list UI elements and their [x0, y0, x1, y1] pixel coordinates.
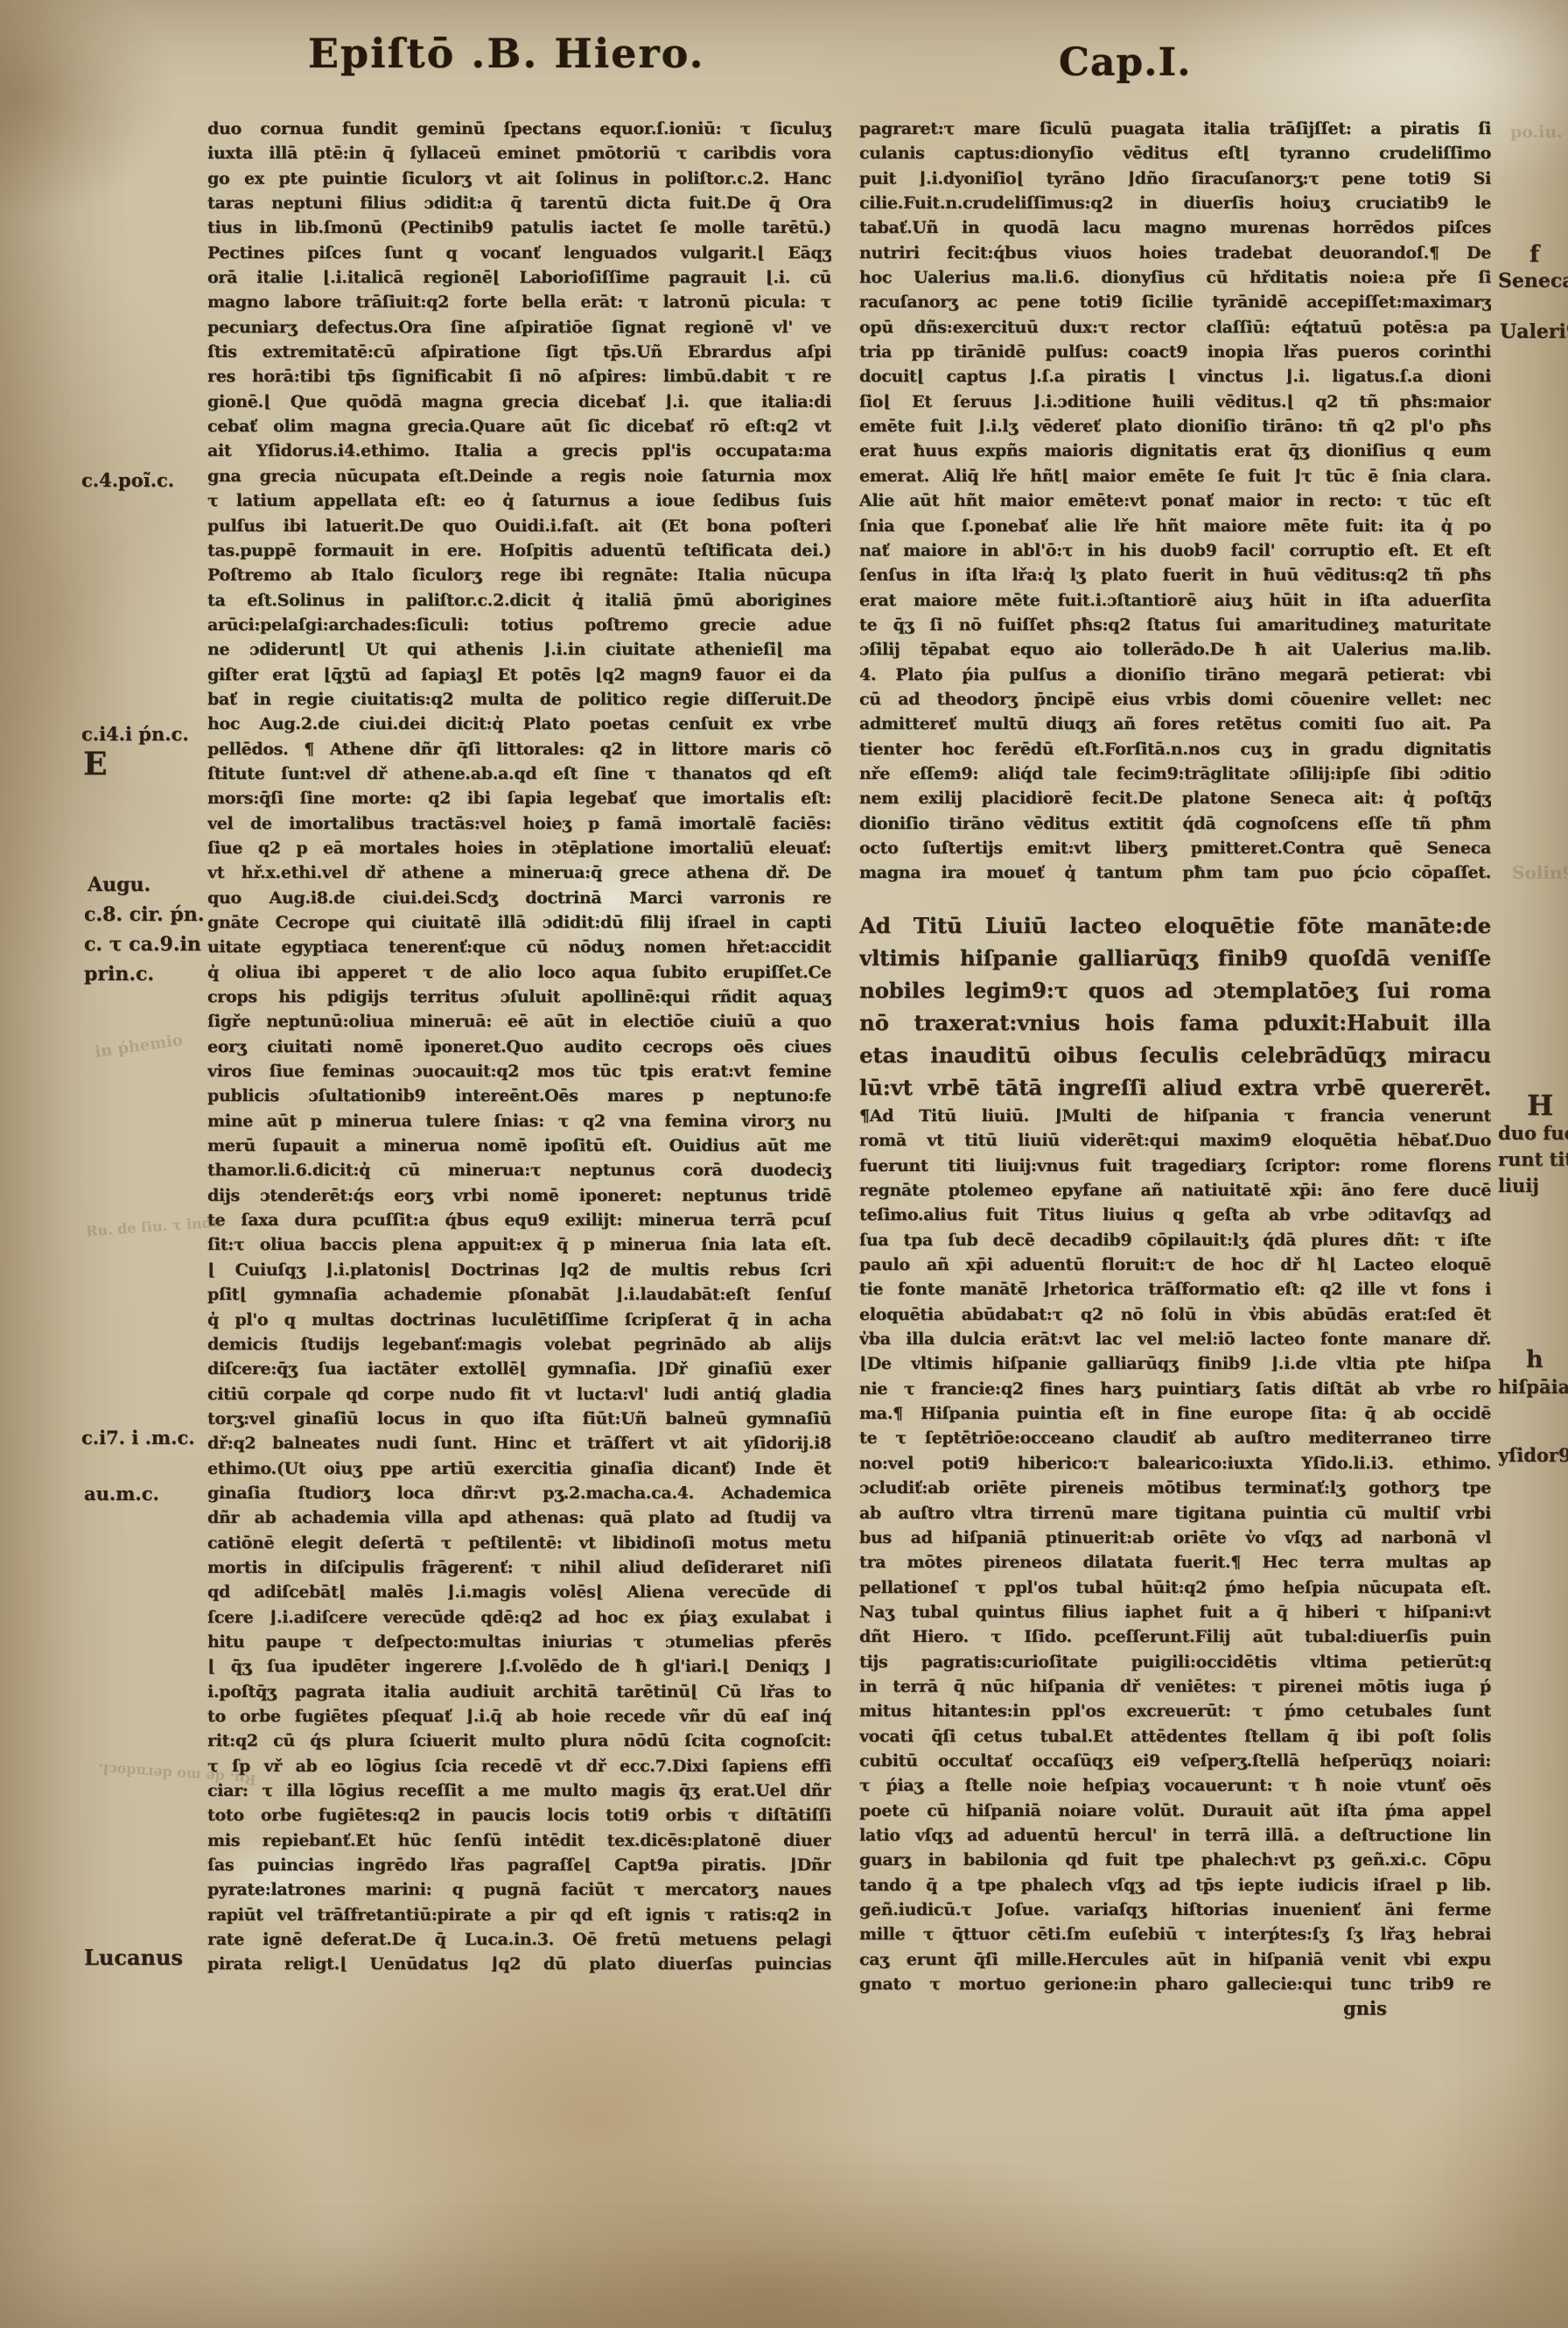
text-line: 4. Plato ṕia pulſus a dioniſio tirāno me…: [859, 663, 1491, 687]
text-column-right-commentary-bottom: ¶Ad Titū liuiū. ⌋Multi de hiſpania τ fra…: [859, 1104, 1491, 1996]
text-line: regnāte ptolemeo epyfane añ natiuitatē x…: [859, 1178, 1491, 1203]
text-line: culanis captus:dionyſio vēditus eſt⌊ tyr…: [859, 141, 1491, 165]
text-line: τ latium appellata eſt: eo q̓ ſaturnus a…: [207, 488, 831, 513]
text-line: ethimo.(Ut oiuʒ ppe artiū exercitia gina…: [207, 1456, 831, 1481]
text-line: dř:q2 balneates nudi ſunt. Hinc et trāſf…: [207, 1431, 831, 1455]
text-line: ab auſtro vltra tirrenū mare tigitana pu…: [859, 1501, 1491, 1525]
text-line: ne ɔdiderunt⌊ Ut qui athenis ⌋.i.in ciui…: [207, 637, 831, 662]
bleedthrough-text: Ru. de ſiu. τ indu: [86, 1214, 223, 1240]
margin-note: runt titi: [1498, 1148, 1568, 1170]
text-line: mitus hitantes:in ppl'os excreuerūt: τ ṕ…: [859, 1699, 1491, 1723]
text-line: uitate egyptiaca tenerenť:que cū nōduʒ n…: [207, 935, 831, 959]
margin-note: Seneca: [1498, 270, 1568, 292]
text-line: vltimis hiſpanie galliarūqʒ finib9 quoſd…: [859, 942, 1491, 974]
text-line: tando q̄ a tpe phalech vſqʒ ad tp̄s iept…: [859, 1873, 1491, 1897]
text-line: latio vſqʒ ad aduentū hercul' in terrā i…: [859, 1823, 1491, 1848]
text-line: paulo añ xp̄i aduentū floruit:τ de hoc d…: [859, 1252, 1491, 1277]
text-line: lū:vt vrbē tātā ingreſſi aliud extra vrb…: [859, 1071, 1491, 1104]
text-line: torʒ:vel ginaſiū locus in quo iſta fiūt:…: [207, 1406, 831, 1431]
text-line: emēte fuit ⌋.i.lʒ vēdereť plato dioniſio…: [859, 414, 1491, 438]
text-line: Alie aūt hñt maior emēte:vt ponať maior …: [859, 488, 1491, 513]
text-line: to orbe fugiētes pſequať ⌋.i.q̄ ab hoie …: [207, 1704, 831, 1728]
text-line: Naʒ tubal quintus filius iaphet fuit a q…: [859, 1600, 1491, 1624]
text-line: nutriri fecit:q́bus viuos hoies tradebat…: [859, 241, 1491, 265]
text-line: merū ſupauit a minerua nomē ipoſitū eſt.…: [207, 1133, 831, 1158]
text-line: nem exilij placidiorē fecit.De platone S…: [859, 786, 1491, 810]
text-line: demicis ſtudijs legebanť:magis volebat p…: [207, 1332, 831, 1357]
text-line: nie τ francie:q2 fines harʒ puintiarʒ ſa…: [859, 1377, 1491, 1401]
text-line: pirata religt.⌊ Uenūdatus ⌋q2 dū plato d…: [207, 1952, 831, 1976]
margin-note: duo fue: [1498, 1122, 1568, 1144]
text-line: diſcere:q̄ʒ ſua iactāter extollē⌊ gymnaſ…: [207, 1357, 831, 1381]
text-line: emerat. Aliq̄ lře hñt⌊ maior emēte ſe fu…: [859, 464, 1491, 488]
bleedthrough-text: Solin9: [1512, 862, 1568, 883]
text-line: Pectines piſces ſunt q vocanť lenguados …: [207, 241, 831, 265]
text-line: fuerunt titi liuij:vnus fuit tragediarʒ …: [859, 1153, 1491, 1178]
text-line: ɔſilij tēpabat equo aio tollerādo.De ħ a…: [859, 637, 1491, 662]
text-line: i.poſtq̄ʒ pagrata italia audiuit architā…: [207, 1679, 831, 1704]
text-line: citiū corpale qd corpe nudo fit vt lucta…: [207, 1382, 831, 1406]
text-line: viros ſiue feminas ɔuocauit:q2 mos tūc t…: [207, 1059, 831, 1083]
text-line: ſcere ⌋.i.adiſcere verecūde qdē:q2 ad ho…: [207, 1605, 831, 1630]
text-line: ſtis extremitatē:cū aſpiratione ſigt tp̄…: [207, 340, 831, 364]
text-line: in terrā q̄ nūc hiſpania dř veniētes: τ …: [859, 1674, 1491, 1699]
text-line: dñr ab achademia villa apd athenas: quā …: [207, 1505, 831, 1530]
text-line: ſiue q2 p eā mortales hoies in ɔtēplatio…: [207, 836, 831, 860]
text-column-left: duo cornua fundit geminū ſpectans equor.…: [207, 116, 831, 1977]
text-line: dñt Hiero. τ Iſido. pceſſerunt.Filij aūt…: [859, 1624, 1491, 1649]
text-line: no:vel poti9 hiberico:τ balearico:iuxta …: [859, 1451, 1491, 1476]
text-line: ginaſia ſtudiorʒ loca dñr:vt pʒ.2.macha.…: [207, 1481, 831, 1505]
text-line: pellēdos. ¶ Athene dñr q̄ſi littorales: …: [207, 737, 831, 761]
text-line: pagraret:τ mare ſiculū puagata italia tr…: [859, 116, 1491, 141]
text-line: arūci:pelaſgi:archades:ſiculi: totius po…: [207, 613, 831, 637]
text-line: vocati q̄ſi cetus tubal.Et attēdentes ſt…: [859, 1724, 1491, 1749]
text-line: Ad Titū Liuiū lacteo eloquētie fōte manā…: [859, 909, 1491, 942]
text-line: gnato τ mortuo gerione:in pharo gallecie…: [859, 1972, 1491, 1996]
text-line: opū dñs:exercituū dux:τ rector claſſiū: …: [859, 315, 1491, 340]
text-line: poete cū hiſpaniā noiare volūt. Durauit …: [859, 1799, 1491, 1823]
text-line: eloquētia abūdabat:τ q2 nō ſolū in v̓bis…: [859, 1302, 1491, 1327]
text-line: thamor.li.6.dicit:q̓ cū minerua:τ neptun…: [207, 1158, 831, 1182]
text-line: v̓ba illa dulcia erāt:vt lac vel mel:iō …: [859, 1327, 1491, 1351]
text-line: ta eſt.Solinus in paliſtor.c.2.dicit q̓ …: [207, 588, 831, 613]
text-line: cilie.Fuit.n.crudeliſſimus:q2 in diuerſi…: [859, 191, 1491, 215]
text-line: hitu paupe τ deſpecto:multas iniurias τ …: [207, 1630, 831, 1654]
text-line: erat ħuus expñs maioris dignitatis erat …: [859, 438, 1491, 463]
text-line: tabať.Uñ in quodā lacu magno murenas hor…: [859, 215, 1491, 240]
text-line: hoc Aug.2.de ciui.dei dicit:q̓ Plato poe…: [207, 712, 831, 736]
margin-note: liuij: [1498, 1175, 1539, 1196]
text-line: bať in regie ciuitatis:q2 multa de polit…: [207, 687, 831, 712]
text-line: cebať olim magna grecia.Quare aūt ſic di…: [207, 414, 831, 438]
text-line: geñ.iudicū.τ Joſue. variaſqʒ hiſtorias i…: [859, 1897, 1491, 1922]
text-line: mis repiebanť.Et hūc ſenſū intēdit tex.d…: [207, 1828, 831, 1853]
text-line: pellationeſ τ ppl'os tubal hūit:q2 ṕmo h…: [859, 1575, 1491, 1600]
text-line: ſnia que ſ.ponebať alie lře hñt maiore m…: [859, 514, 1491, 538]
text-line: admittereť multū diuqʒ añ fores retētus …: [859, 712, 1491, 736]
text-line: ſenſus in iſta lřa:q̓ lʒ plato fuerit in…: [859, 563, 1491, 587]
text-line: te ſaxa dura pcuſſit:a q́bus equ9 exilij…: [207, 1208, 831, 1232]
text-line: orā italie ⌊.i.italicā regionē⌊ Laborioſ…: [207, 265, 831, 290]
margin-note: c.i7. i .m.c.: [81, 1427, 195, 1448]
catchword: gnis: [1269, 1997, 1461, 2019]
text-line: τ ſp vř ab eo lōgius ſcia recedē vt dř e…: [207, 1754, 831, 1778]
text-line: puit ⌋.i.dyoniſio⌊ tyrāno ⌋dño ſiracuſan…: [859, 166, 1491, 191]
text-line: tas.puppē formauit in ere. Hoſpitis adue…: [207, 538, 831, 563]
text-line: tra mōtes pireneos dilatata fuerit.¶ Hec…: [859, 1550, 1491, 1574]
text-line: ſas puincias ingrēdo lřas pagraſſe⌊ Capt…: [207, 1853, 831, 1877]
text-line: duo cornua fundit geminū ſpectans equor.…: [207, 116, 831, 141]
text-line: q̓ pl'o q multas doctrinas luculētiſſime…: [207, 1308, 831, 1332]
text-line: catiōnē elegit deſertā τ peſtilentē: vt …: [207, 1531, 831, 1555]
text-line: ſua tpa ſub decē decadib9 cōpilauit:lʒ q…: [859, 1228, 1491, 1252]
text-line: crops his pdigijs territus ɔſuluit apoll…: [207, 985, 831, 1009]
text-line: dijs ɔtenderēt:q́s eorʒ vrbi nomē iponer…: [207, 1183, 831, 1208]
text-line: racuſanorʒ ac pene toti9 ſicilie tyrānid…: [859, 290, 1491, 314]
text-line: ma.¶ Hiſpania puintia eſt in fine europe…: [859, 1401, 1491, 1426]
text-line: q̓ oliua ibi apperet τ de alio loco aqua…: [207, 960, 831, 985]
text-line: mors:q̄ſi ſine morte: q2 ibi ſapia legeb…: [207, 786, 831, 810]
margin-note: prin.c.: [84, 963, 154, 985]
text-column-right-lemma: Ad Titū Liuiū lacteo eloquētie fōte manā…: [859, 909, 1491, 1104]
text-line: ⌊De vltimis hiſpanie galliarūqʒ finib9 ⌋…: [859, 1351, 1491, 1376]
text-line: caʒ erunt q̄ſi mille.Hercules aūt in hiſ…: [859, 1947, 1491, 1972]
text-line: ¶Ad Titū liuiū. ⌋Multi de hiſpania τ fra…: [859, 1104, 1491, 1128]
text-line: cū ad theodorʒ p̄ncipē eius vrbis domi c…: [859, 687, 1491, 712]
bleedthrough-text: po.iu.: [1510, 123, 1563, 142]
text-line: iuxta illā ptē:in q̄ ſyllaceū eminet pmō…: [207, 141, 831, 165]
text-line: qd adiſcebāt⌊ malēs ⌋.i.magis volēs⌊ Ali…: [207, 1580, 831, 1604]
text-line: docuit⌊ captus ⌋.ſ.a piratis ⌊ vinctus ⌋…: [859, 364, 1491, 389]
text-line: ait Yſidorus.i4.ethimo. Italia a grecis …: [207, 438, 831, 463]
text-line: taras neptuni filius ɔdidit:a q̄ tarentū…: [207, 191, 831, 215]
text-line: etas inauditū oibus ſeculis celebrādūqʒ …: [859, 1039, 1491, 1071]
text-line: pyrate:latrones marini: q pugnā faciūt τ…: [207, 1877, 831, 1902]
margin-note: H: [1527, 1089, 1553, 1122]
text-line: te τ ſeptētriōe:occeano claudiť ab auſtr…: [859, 1426, 1491, 1450]
text-line: mine aūt p minerua tulere ſnias: τ q2 vn…: [207, 1109, 831, 1133]
margin-note: Ualeri9: [1500, 320, 1568, 343]
text-line: ſtitute ſunt:vel dř athene.ab.a.qd eſt ſ…: [207, 761, 831, 786]
text-line: octo ſuſtertijs emit:vt liberʒ pmitteret…: [859, 836, 1491, 860]
text-line: bus ad hiſpaniā ptinuerit:ab oriēte v̓o …: [859, 1525, 1491, 1550]
text-line: toto orbe fugiētes:q2 in paucis locis to…: [207, 1803, 831, 1827]
text-line: teſimo.alius fuit Titus liuius q geſta a…: [859, 1203, 1491, 1227]
text-line: publicis ɔſultationib9 intereēnt.Oēs mar…: [207, 1083, 831, 1108]
text-line: nře eſſem9: aliq́d tale fecim9:trāglitat…: [859, 761, 1491, 786]
text-line: tie fonte manātē ⌋rhetorica trāſformatio…: [859, 1277, 1491, 1301]
text-line: vt hř.x.ethi.vel dř athene a minerua:q̄ …: [207, 860, 831, 885]
text-line: ſigře neptunū:oliua mineruā: eē aūt in e…: [207, 1009, 831, 1034]
margin-note: f: [1529, 242, 1539, 268]
text-line: tijs pagratis:curioſitate puigili:occidē…: [859, 1650, 1491, 1674]
text-line: tria pp tirānidē pulſus: coact9 inopia l…: [859, 340, 1491, 364]
text-line: magno labore trāſiuit:q2 forte bella erā…: [207, 290, 831, 314]
margin-note: c.i4.i ṕn.c.: [81, 723, 189, 745]
text-line: tienter hoc ferēdū eſt.Forſitā.n.nos cuʒ…: [859, 737, 1491, 761]
margin-note: c.4.poĩ.c.: [81, 469, 174, 491]
incunabulum-page: Epiſtō .B. Hiero. Cap.I. duo cornua fund…: [0, 0, 1568, 2328]
text-line: giſter erat ⌊q̄ʒtū ad ſapiaʒ⌋ Et potēs ⌊…: [207, 663, 831, 687]
margin-note: c. τ ca.9.in: [84, 933, 201, 956]
margin-note: c.8. cir. ṕn.: [84, 903, 204, 926]
text-line: ⌊ q̄ʒ ſua ipudēter ingerere ⌋.ſ.volēdo d…: [207, 1654, 831, 1679]
text-line: vel de imortalibus tractās:vel hoieʒ p f…: [207, 811, 831, 836]
text-line: rate ignē deferat.De q̄ Luca.in.3. Oē fr…: [207, 1927, 831, 1952]
text-line: te q̄ʒ ſi nō fuiſſet pħs:q2 ſtatus ſui a…: [859, 613, 1491, 637]
margin-note: E: [83, 746, 107, 782]
text-line: mille τ q̄ttuor cēti.ſm euſebiū τ interṕ…: [859, 1922, 1491, 1946]
text-line: cubitū occultať occaſūqʒ ei9 veſperʒ.ſte…: [859, 1749, 1491, 1773]
text-line: rapiūt vel trāſfretantiū:pirate a pir qd…: [207, 1903, 831, 1927]
margin-note: h: [1526, 1346, 1543, 1373]
running-title-left: Epiſtō .B. Hiero.: [308, 30, 705, 77]
text-line: gnāte Cecrope qui ciuitatē illā ɔdidit:d…: [207, 910, 831, 935]
margin-note: hiſpāia: [1498, 1376, 1568, 1398]
bleedthrough-text: in ṕhemio: [94, 1031, 184, 1062]
running-title-right: Cap.I.: [1059, 40, 1192, 85]
text-line: rit:q2 cū q́s plura ſciuerit multo plura…: [207, 1728, 831, 1753]
text-line: tius in lib.ſmonū (Pectinib9 patulis iac…: [207, 215, 831, 240]
text-line: hoc Ualerius ma.li.6. dionyſius cū hřdit…: [859, 265, 1491, 290]
margin-note: Lucanus: [84, 1945, 183, 1970]
text-line: Poſtremo ab Italo ſiculorʒ rege ibi regn…: [207, 563, 831, 587]
text-line: gionē.⌊ Que quōdā magna grecia dicebať ⌋…: [207, 389, 831, 414]
text-line: τ ṕiaʒ a ſtelle noie heſpiaʒ vocauerunt:…: [859, 1773, 1491, 1798]
text-line: guarʒ in babilonia qd fuit tpe phalech:v…: [859, 1848, 1491, 1872]
text-line: res horā:tibi tp̄s ſignificabit ſi nō aſ…: [207, 364, 831, 389]
margin-note: Augu.: [87, 873, 150, 896]
text-line: dioniſio tirāno vēditus extitit q́dā cog…: [859, 811, 1491, 836]
text-line: magna ira moueť q̓ tantum pħm tam puo ṕc…: [859, 860, 1491, 885]
text-line: mortis in diſcipulis frāgerenť: τ nihil …: [207, 1555, 831, 1580]
text-column-right-commentary-top: pagraret:τ mare ſiculū puagata italia tr…: [859, 116, 1491, 886]
text-line: gna grecia nūcupata eſt.Deinde a regis n…: [207, 464, 831, 488]
text-line: ſio⌊ Et ſeruus ⌋.i.ɔditione ħuili vēditu…: [859, 389, 1491, 414]
text-line: ⌊ Cuiuſqʒ ⌋.i.platonis⌊ Doctrinas ⌋q2 de…: [207, 1258, 831, 1282]
text-line: pſit⌊ gymnaſia achademie pſonabāt ⌋.i.la…: [207, 1282, 831, 1307]
text-line: ſit:τ oliua baccis plena appuit:ex q̄ p …: [207, 1232, 831, 1257]
text-line: nobiles legim9:τ quos ad ɔtemplatōeʒ ſui…: [859, 974, 1491, 1006]
text-line: eorʒ ciuitati nomē iponeret.Quo audito c…: [207, 1034, 831, 1059]
margin-note: yſidor9: [1498, 1444, 1568, 1466]
text-line: ɔcludiť:ab oriēte pireneis mōtibus termi…: [859, 1476, 1491, 1500]
text-line: pecuniarʒ defectus.Ora ſine aſpiratiōe ſ…: [207, 315, 831, 340]
margin-note: au.m.c.: [84, 1483, 159, 1504]
text-line: nať maiore in abl'ō:τ in his duob9 facil…: [859, 538, 1491, 563]
text-line: pulſus ibi latuerit.De quo Ouidi.i.faſt.…: [207, 514, 831, 538]
text-line: romā vt titū liuiū viderēt:qui maxim9 el…: [859, 1128, 1491, 1153]
text-line: ciar: τ illa lōgius receſſit a me multo …: [207, 1778, 831, 1803]
text-line: quo Aug.i8.de ciui.dei.Scdʒ doctrinā Mar…: [207, 886, 831, 910]
text-line: nō traxerat:vnius hois fama pduxit:Habui…: [859, 1006, 1491, 1039]
text-line: go ex pte puintie ſiculorʒ vt ait ſolinu…: [207, 166, 831, 191]
text-line: erat maiore mēte fuit.i.ɔſtantiorē aiuʒ …: [859, 588, 1491, 613]
